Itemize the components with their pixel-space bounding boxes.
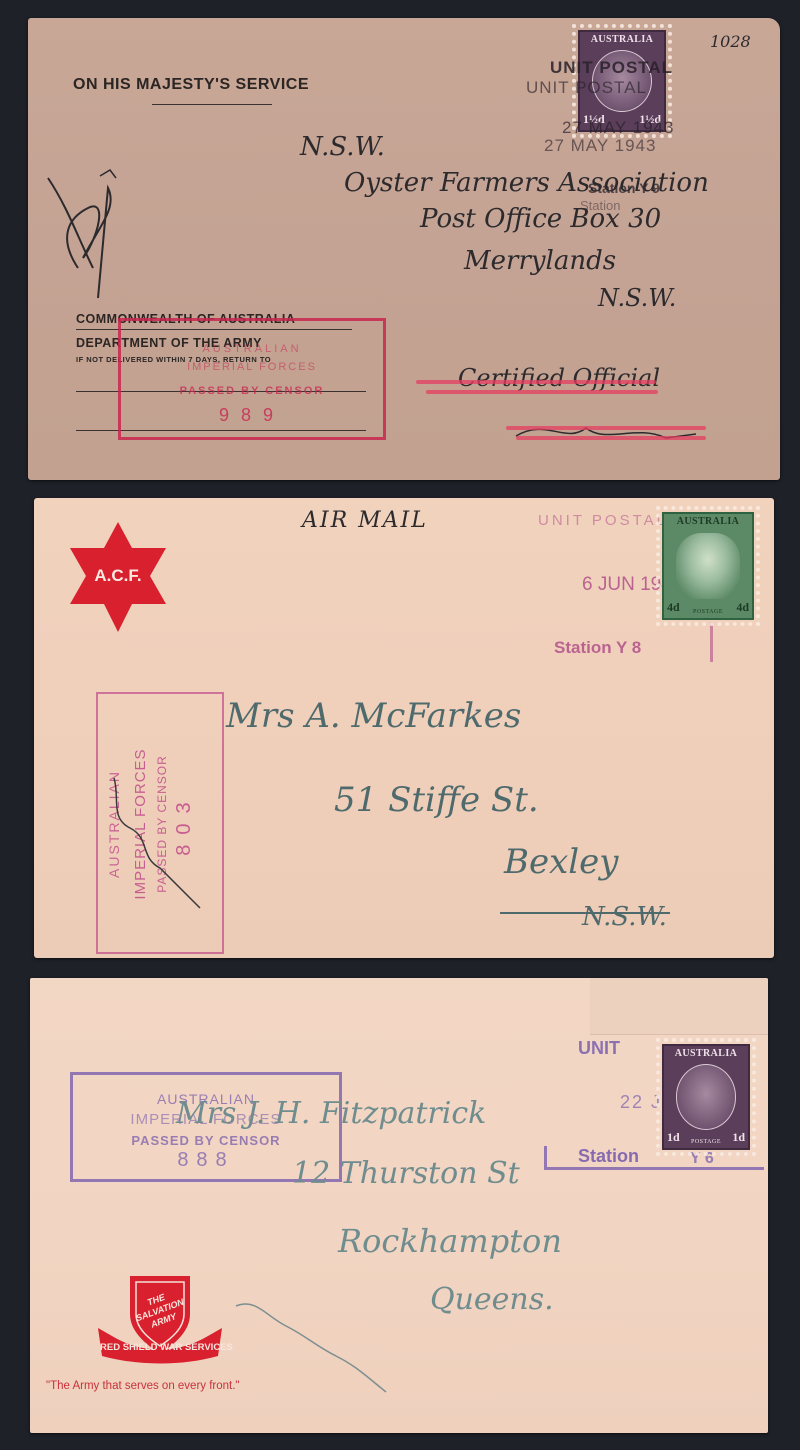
postmark-box-edge [710, 622, 713, 662]
struck-certified-official: Certified Official [458, 364, 660, 392]
address-line-3: Rockhampton [338, 1222, 562, 1260]
stamp-denomination: 1d [667, 1130, 680, 1145]
banner-text: RED SHIELD WAR SERVICES [100, 1342, 224, 1353]
envelope-acf: A.C.F. AIR MAIL UNIT POSTAL 6 JUN 1943 S… [34, 498, 774, 958]
censor-cachet: AUSTRALIAN IMPERIAL FORCES PASSED BY CEN… [118, 318, 386, 440]
address-line-4: Queens. [430, 1282, 554, 1317]
address-line-2: 51 Stiffe St. [334, 780, 539, 820]
koala-icon [676, 533, 739, 600]
envelope-ohms: ON HIS MAJESTY'S SERVICE COMMONWEALTH OF… [28, 18, 780, 480]
address-line-1: Mrs J. H. Fitzpatrick [176, 1096, 486, 1131]
postmark-unit-postal: UNIT POSTAL [550, 58, 673, 78]
queen-portrait-icon [676, 1064, 737, 1129]
postage-stamp-queen: AUSTRALIA POSTAGE 1d 1d [656, 1038, 756, 1156]
inventory-number: 1028 [710, 32, 751, 51]
header-underline [152, 104, 272, 105]
salvation-army-tagline: "The Army that serves on every front." [46, 1380, 240, 1392]
signature-scrawl [38, 148, 128, 308]
postmark-station: Station Y 8 [554, 638, 641, 658]
stamp-denomination-right: 4d [736, 600, 749, 615]
stamp-country: AUSTRALIA [580, 34, 664, 45]
address-underline [500, 912, 670, 914]
postmark-unit: UNIT [578, 1038, 620, 1059]
ohms-header: ON HIS MAJESTY'S SERVICE [73, 76, 309, 94]
address-line-4: N.S.W. [582, 902, 667, 932]
address-line-5: N.S.W. [598, 284, 676, 312]
postmark-unit-postal: UNIT POSTAL [538, 512, 668, 529]
censor-line-2: IMPERIAL FORCES [121, 361, 383, 373]
struck-signature [506, 414, 706, 454]
censor-line-1: AUSTRALIAN [121, 343, 383, 355]
postmark-date: 27 MAY 1943 [562, 118, 674, 138]
envelope-salvation-army: AUSTRALIAN IMPERIAL FORCES PASSED BY CEN… [30, 978, 768, 1433]
stamp-denomination-right: 1d [732, 1130, 745, 1145]
address-line-2: 12 Thurston St [292, 1156, 520, 1191]
red-strike-1 [416, 380, 656, 384]
stamp-denomination: 4d [667, 600, 680, 615]
postmark-date-repeat: 27 MAY 1943 [544, 136, 656, 156]
postmark-unit-postal-repeat: UNIT POSTAL [526, 78, 647, 98]
red-strike-4 [516, 436, 706, 440]
red-strike-2 [426, 390, 658, 394]
torn-flap [590, 978, 768, 1035]
address-line-3: Post Office Box 30 [420, 204, 661, 234]
address-line-2: Oyster Farmers Association [344, 168, 709, 198]
address-line-3: Bexley [504, 842, 618, 882]
address-line-1: Mrs A. McFarkes [226, 696, 521, 736]
censor-signature [100, 768, 210, 918]
stamp-country: AUSTRALIA [664, 1048, 748, 1059]
censor-line-3: PASSED BY CENSOR [121, 385, 383, 397]
postage-stamp-koala: AUSTRALIA POSTAGE 4d 4d [656, 506, 760, 626]
acf-emblem-text: A.C.F. [66, 566, 170, 586]
air-mail-note: AIR MAIL [302, 508, 428, 533]
stamp-country: AUSTRALIA [664, 516, 752, 527]
postmark-station: Station [578, 1146, 639, 1167]
address-line-4: Merrylands [464, 246, 616, 276]
address-line-1: N.S.W. [300, 132, 385, 162]
censor-number: 989 [121, 405, 383, 426]
signature-scrawl [226, 1296, 406, 1406]
red-strike-3 [506, 426, 706, 430]
censor-line-3: PASSED BY CENSOR [73, 1133, 339, 1148]
